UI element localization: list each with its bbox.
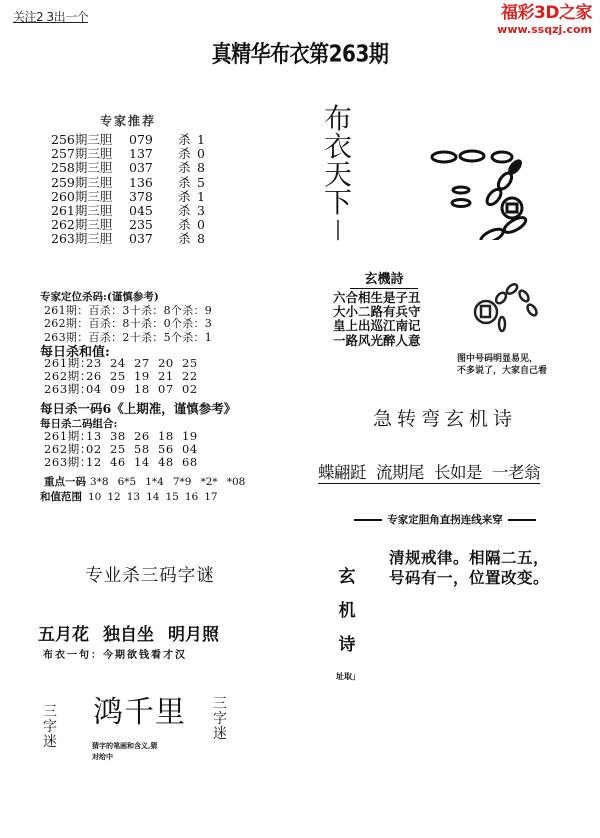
position-kill-row: 261期：百杀：3十杀：8个杀：9 xyxy=(40,304,212,317)
coin-chain-icon xyxy=(470,282,550,342)
sum-kill-row: 263期：0409180702 xyxy=(44,383,206,396)
position-kill-block: 专家定位杀码:(谨慎参考) 261期：百杀：3十杀：8个杀：9 262期：百杀：… xyxy=(40,291,212,344)
daily-two-code-list: 261期：1338261819 262期：0225585604 263期：124… xyxy=(44,430,206,469)
two-code-row: 263期：1246144868 xyxy=(44,456,206,469)
expert-line: 专家定胆角直拐连线来穿 xyxy=(300,512,590,527)
buyi-tianxia-title: 布 衣 天 下 I xyxy=(322,105,354,245)
recommend-row: 261期三胆045杀3 xyxy=(51,204,209,218)
buyi-sentence: 布衣一句：今期欲钱看才汉 xyxy=(43,646,187,661)
position-kill-title: 专家定位杀码:(谨慎参考) xyxy=(40,291,212,304)
three-char-riddle-label: 三 字 迷 xyxy=(212,697,228,742)
position-kill-row: 262期：百杀：8十杀：0个杀：3 xyxy=(40,317,212,330)
page-title: 真精华布衣第263期 xyxy=(0,35,600,68)
dash-divider xyxy=(354,519,382,521)
turn-poem-riddle: 蝶翩跹流期尾长如是一老翁 xyxy=(318,459,540,484)
xuanji-poem2-title: 玄 机 诗 xyxy=(335,560,359,662)
recommend-row: 260期三胆378杀1 xyxy=(51,190,209,204)
recommend-row: 256期三胆079杀1 xyxy=(51,133,209,147)
sum-range-row: 和值范围10121314151617 xyxy=(40,489,224,504)
daily-one-code: 每日杀一码6《上期准，谨慎参考》 xyxy=(40,399,236,417)
recommend-row: 258期三胆037杀8 xyxy=(51,161,209,175)
kill-three-riddle-title: 专业杀三码字谜 xyxy=(20,562,280,587)
recommend-row: 259期三胆136杀5 xyxy=(51,176,209,190)
recommend-row: 257期三胆137杀0 xyxy=(51,147,209,161)
brand-name: 福彩3D之家 xyxy=(497,4,592,23)
small-mark: 址取」 xyxy=(336,671,360,682)
daily-sum-kill-list: 261期：2324272025 262期：2625192122 263期：040… xyxy=(44,357,206,396)
brand-logo[interactable]: 福彩3D之家 www.ssqzj.com xyxy=(497,4,592,36)
expert-recommend-list: 256期三胆079杀1 257期三胆137杀0 258期三胆037杀8 259期… xyxy=(51,133,209,247)
follow-note: 关注2 3出一个 xyxy=(13,8,88,25)
expert-recommend-title: 专家推荐 xyxy=(100,112,156,129)
recommend-row: 263期三胆037杀8 xyxy=(51,232,209,246)
coin-chain-icon xyxy=(430,140,550,240)
three-char-riddle-label: 三 字 迷 xyxy=(42,705,58,750)
focus-code-row: 重点一码3*86*51*47*9*2**08 xyxy=(44,474,254,489)
xuanji-poem: 六合相生是子丑 大小二路有兵守 皇上出巡江南记 一路风光醉人意 xyxy=(333,291,421,348)
riddle-hint: 猜字的笔画和含义,猜 对给中 xyxy=(92,740,157,762)
turn-poem-title: 急转弯玄机诗 xyxy=(300,404,590,431)
xuanji-poem2-text: 清规戒律。相隔二五， 号码有一，位置改变。 xyxy=(389,548,549,588)
riddle-word: 鸿千里 xyxy=(93,687,186,731)
riddle-phrases: 五月花独自坐明月照 xyxy=(38,620,233,645)
focus-code-label: 重点一码 xyxy=(44,476,86,488)
sum-range-label: 和值范围 xyxy=(40,491,82,503)
recommend-row: 262期三胆235杀0 xyxy=(51,218,209,232)
image-hint: 图中号码明显易见， 不多说了，大家自己看 xyxy=(457,353,547,377)
dash-divider xyxy=(508,519,536,521)
xuanji-poem-title: 玄機詩 xyxy=(350,268,418,289)
